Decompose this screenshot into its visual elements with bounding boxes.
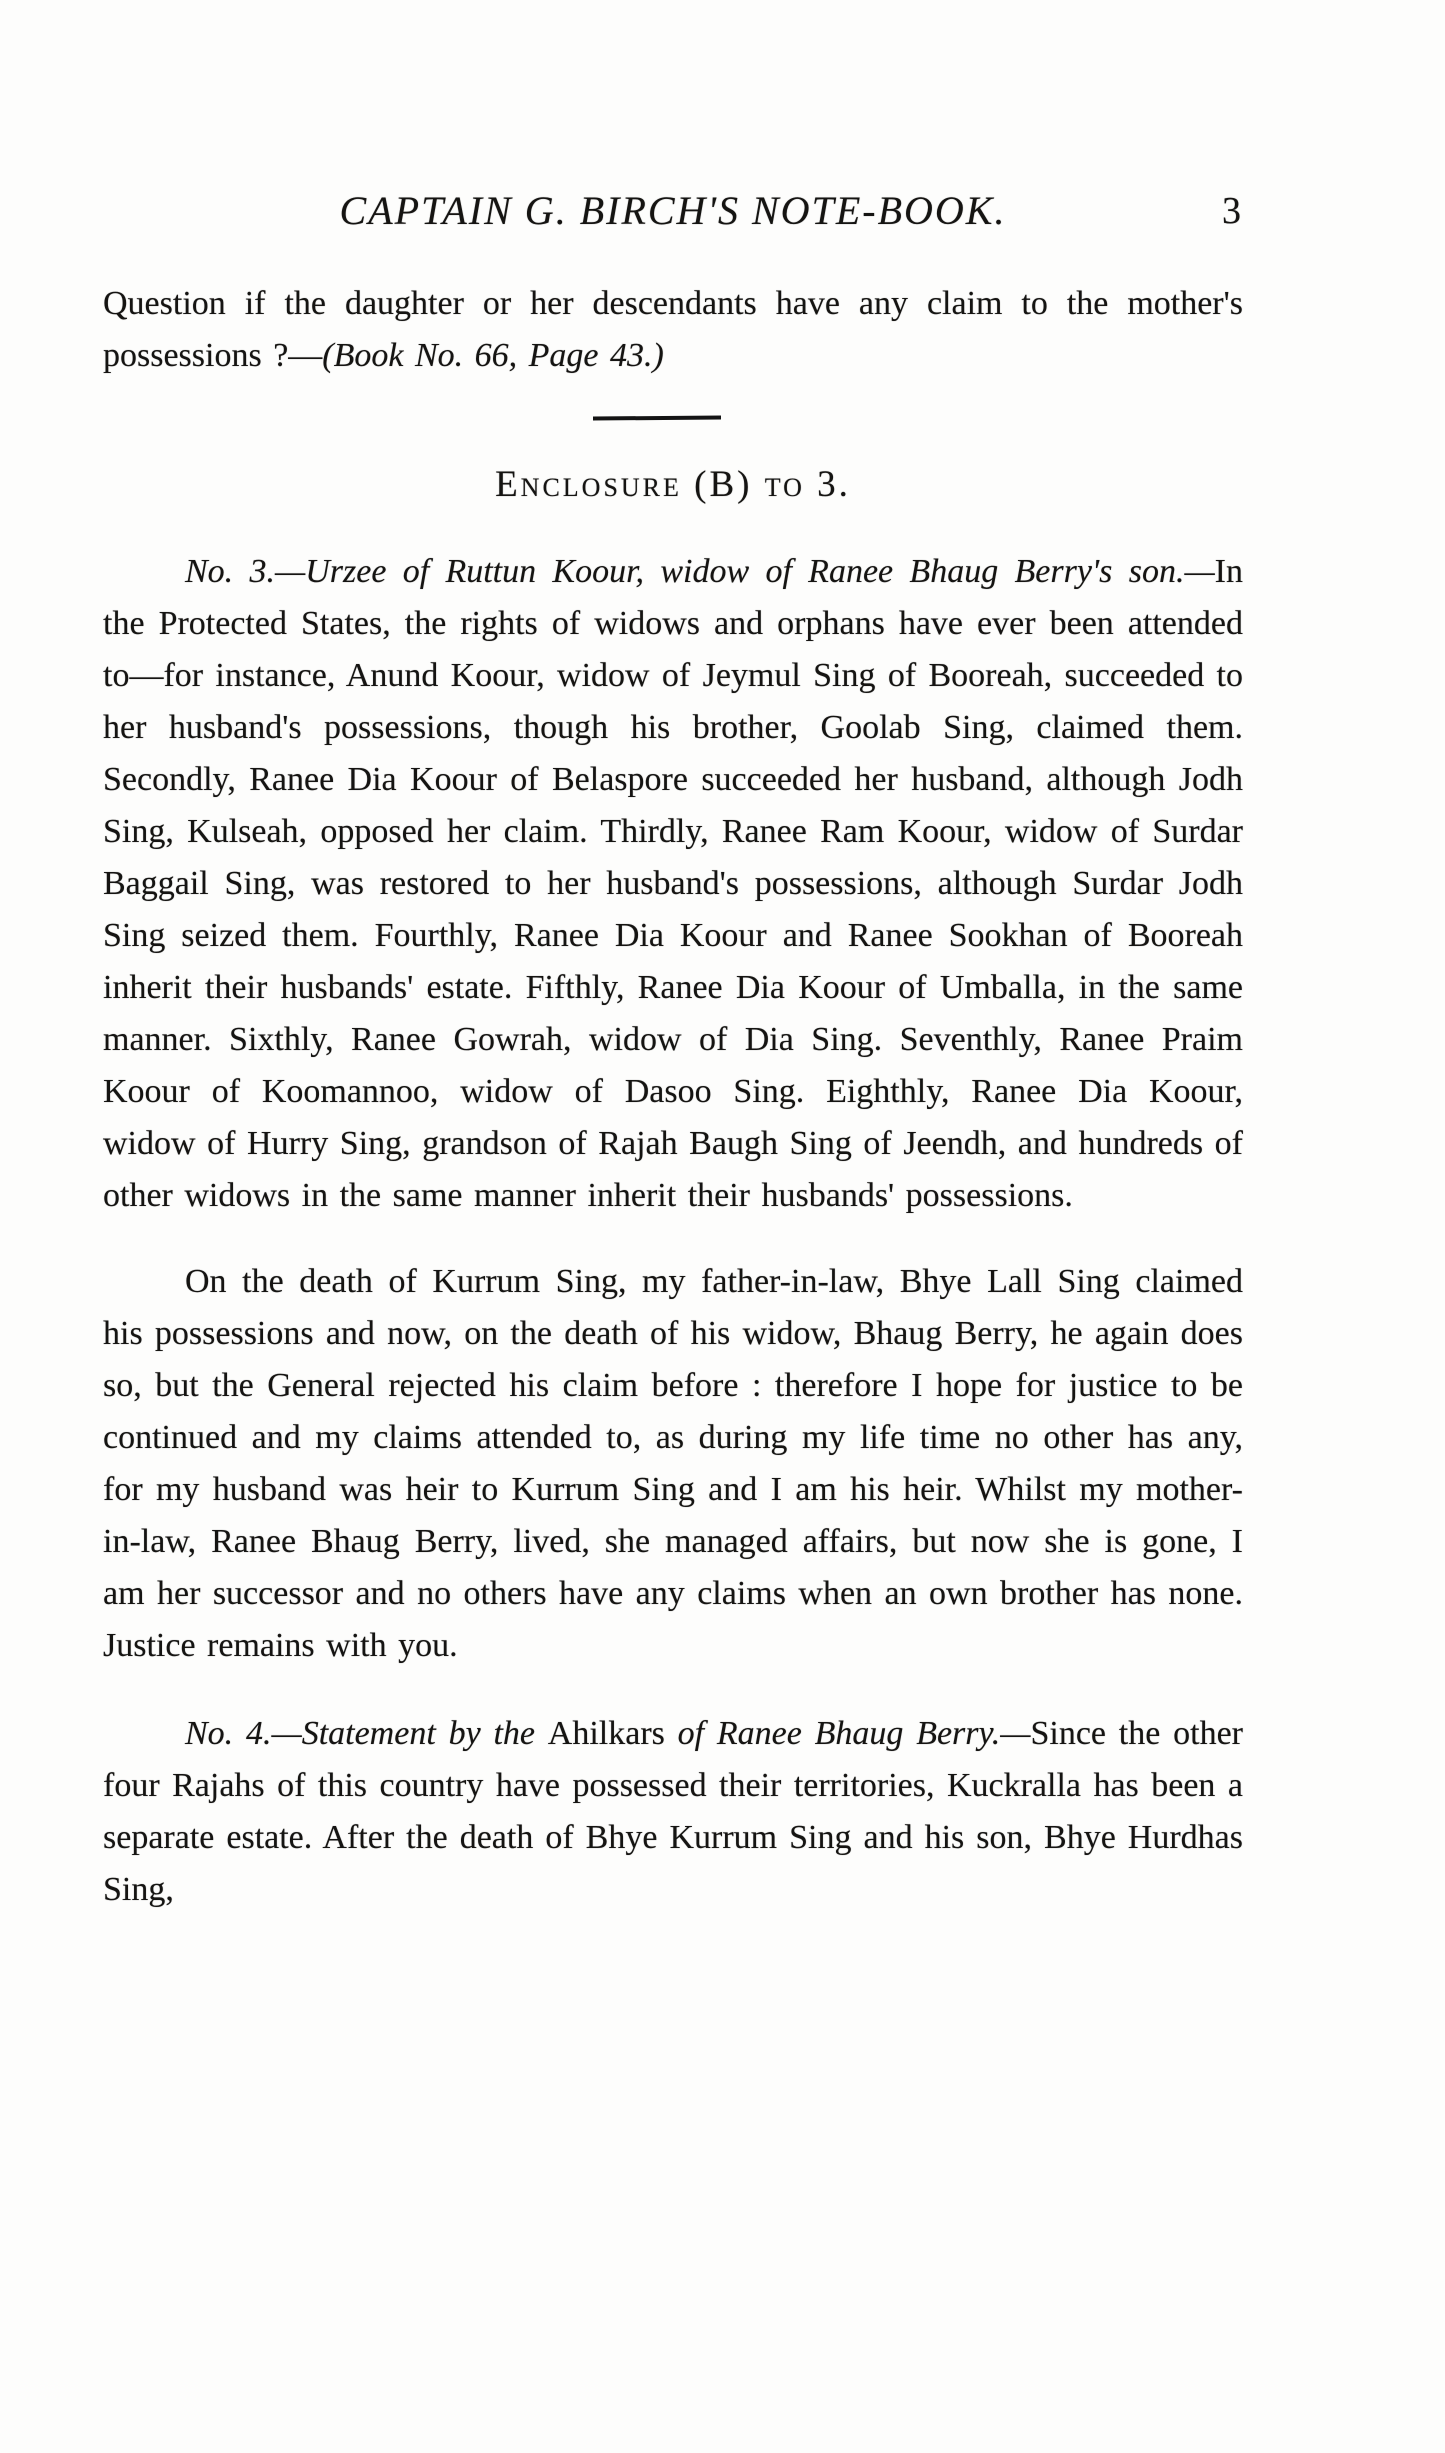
- petition-body: On the death of Kurrum Sing, my father-i…: [103, 1263, 1243, 1664]
- no3-lead: No. 3.—Urzee of Ruttun Koour, widow of R…: [185, 553, 1215, 590]
- paragraph-no3: No. 3.—Urzee of Ruttun Koour, widow of R…: [103, 546, 1243, 1222]
- no4-lead-end: of Ranee Bhaug Berry.—: [665, 1715, 1031, 1752]
- paragraph-petition: On the death of Kurrum Sing, my father-i…: [103, 1256, 1243, 1672]
- running-title: CAPTAIN G. BIRCH'S NOTE-BOOK.: [340, 188, 1007, 233]
- running-header: CAPTAIN G. BIRCH'S NOTE-BOOK. 3: [103, 186, 1243, 236]
- no4-lead-name: Ahilkars: [548, 1715, 665, 1752]
- book-citation: (Book No. 66, Page 43.): [322, 337, 664, 374]
- no4-lead-start: No. 4.—Statement by the: [185, 1715, 548, 1752]
- paragraph-no4: No. 4.—Statement by the Ahilkars of Rane…: [103, 1708, 1243, 1916]
- page-number: 3: [1222, 186, 1241, 236]
- intro-text: Question if the daughter or her descenda…: [103, 285, 1243, 374]
- scanned-book-page: CAPTAIN G. BIRCH'S NOTE-BOOK. 3 Question…: [0, 0, 1445, 2453]
- text-column: CAPTAIN G. BIRCH'S NOTE-BOOK. 3 Question…: [103, 0, 1243, 1950]
- enclosure-heading: Enclosure (B) to 3.: [103, 462, 1243, 508]
- no3-body: In the Protected States, the rights of w…: [103, 553, 1243, 1214]
- intro-paragraph: Question if the daughter or her descenda…: [103, 278, 1243, 382]
- section-divider: [593, 415, 721, 420]
